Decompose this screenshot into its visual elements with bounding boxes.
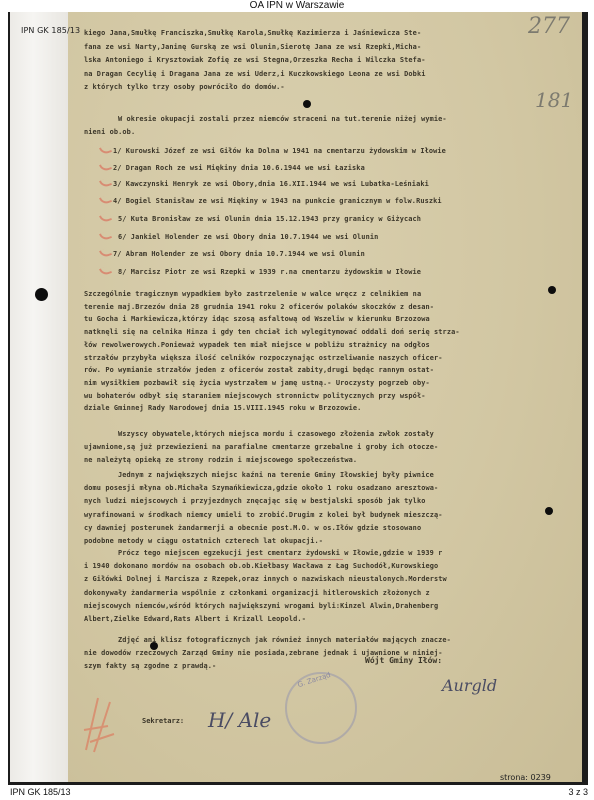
typed-line: szym fakty są zgodne z prawdą.- (84, 662, 216, 670)
typed-line: Szczególnie tragicznym wypadkiem było za… (84, 290, 421, 298)
typed-line: nieni ob.ob. (84, 128, 135, 136)
typed-line: ne należytą opieką ze strony rodzin i mi… (84, 456, 357, 464)
red-underline (178, 559, 343, 560)
typed-line: z których tylko trzy osoby powróciło do … (84, 83, 285, 91)
typed-line: łów rewolwerowych.Ponieważ wypadek ten m… (84, 341, 430, 349)
typed-line: terenie maj.Brzezów dnia 28 grudnia 1941… (84, 303, 434, 311)
wojt-signature: Aurgld (442, 676, 497, 695)
archive-header: OA IPN w Warszawie (0, 0, 594, 12)
victim-list-item: 2/ Dragan Roch ze wsi Miękiny dnia 10.6.… (113, 164, 365, 172)
footer-archive-id: IPN GK 185/13 (10, 787, 71, 797)
pencil-folio-number: 181 (535, 88, 573, 112)
typed-line: nych ludzi miejscowych i przyjezdnych zn… (84, 497, 425, 505)
typed-line: na Dragan Cecylię i Dragana Jana ze wsi … (84, 70, 425, 78)
typed-line: lska Antoniego i Krysztowiak Zofię ze ws… (84, 56, 425, 64)
typed-line: Jednym z największych miejsc kaźni na te… (118, 471, 434, 479)
typed-line: z Giłówki Dolnej i Marcisza z Rzepek,ora… (84, 575, 447, 583)
typed-line: natknęli się na celnika Hinza i gdy ten … (84, 328, 460, 336)
ink-blot (150, 642, 158, 650)
typed-line: tu Gocha i Markiewicza,którzy idąc szosą… (84, 315, 430, 323)
victim-list-item: 8/ Marcisz Piotr ze wsi Rzepki w 1939 r.… (118, 268, 421, 276)
round-stamp (285, 672, 357, 744)
red-ink-stamp (80, 690, 120, 760)
victim-list-item: 1/ Kurowski Józef ze wsi Giłów ka Dolna … (113, 147, 446, 155)
victim-list-item: 4/ Bogiel Stanisław ze wsi Miękiny w 194… (113, 197, 442, 205)
victim-list-item: 6/ Jankiel Holender ze wsi Obory dnia 10… (118, 233, 378, 241)
scan-margin (10, 12, 68, 782)
typed-line: W okresie okupacji zostali przez niemców… (118, 115, 447, 123)
typed-line: Prócz tego miejscem egzekucji jest cment… (118, 549, 442, 557)
victim-list-item: 5/ Kuta Bronisław ze wsi Olunin dnia 15.… (118, 215, 421, 223)
typed-line: nim wysiłkiem pozbawił się życia wystrza… (84, 379, 430, 387)
footer-page-count: 3 z 3 (568, 787, 588, 797)
typed-line: cy dawniej posterunek żandarmerji a obec… (84, 524, 421, 532)
typed-line: Wszyscy obywatele,których miejsca mordu … (118, 430, 434, 438)
typed-line: miejscowych niemców,wśród których najwię… (84, 602, 438, 610)
ink-blot (303, 100, 311, 108)
secretary-signature: H/ Ale (208, 708, 271, 732)
ink-blot (548, 286, 556, 294)
typed-line: Zdjęć ani klisz fotograficznych jak równ… (118, 636, 451, 644)
typed-line: rów. Po wymianie strzałów jeden z oficer… (84, 366, 434, 374)
typed-line: wyrafinowani w środkach niemcy umieli to… (84, 511, 443, 519)
typed-line: Albert,Zielke Edward,Rats Albert i Kriza… (84, 615, 306, 623)
typed-line: domu posesji młyna ob.Michała Szymańkiew… (84, 484, 438, 492)
pencil-page-number: 277 (528, 14, 570, 39)
punch-hole (35, 288, 48, 301)
victim-list-item: 3/ Kawczynski Henryk ze wsi Obory,dnia 1… (113, 180, 429, 188)
archive-id-stamp: IPN GK 185/13 (21, 26, 80, 35)
typed-line: dziale Gminnej Rady Narodowej dnia 15.VI… (84, 404, 361, 412)
typed-line: podobne metody w ciągu ostatnich czterec… (84, 537, 323, 545)
page-label: strona: 0239 (500, 773, 551, 782)
wojt-label: Wójt Gminy Iłów: (365, 656, 442, 665)
secretary-label: Sekretarz: (142, 717, 184, 725)
victim-list-item: 7/ Abram Holender ze wsi Obory dnia 10.7… (113, 250, 365, 258)
typed-line: ujawnione,są już przewiezieni na parafia… (84, 443, 438, 451)
typed-line: wu bohaterów odbył się staraniem miejsco… (84, 392, 425, 400)
ink-blot (545, 507, 553, 515)
typed-line: kiego Jana,Smułkę Franciszka,Smułkę Karo… (84, 29, 421, 37)
typed-line: strzałów przybyła większa ilość celników… (84, 354, 443, 362)
typed-line: dokonywały żandarmeria wspólnie z członk… (84, 589, 430, 597)
typed-line: fana ze wsi Narty,Janinę Gurską ze wsi O… (84, 43, 421, 51)
typed-line: i 1940 dokonano mordów na osobach ob.ob.… (84, 562, 438, 570)
